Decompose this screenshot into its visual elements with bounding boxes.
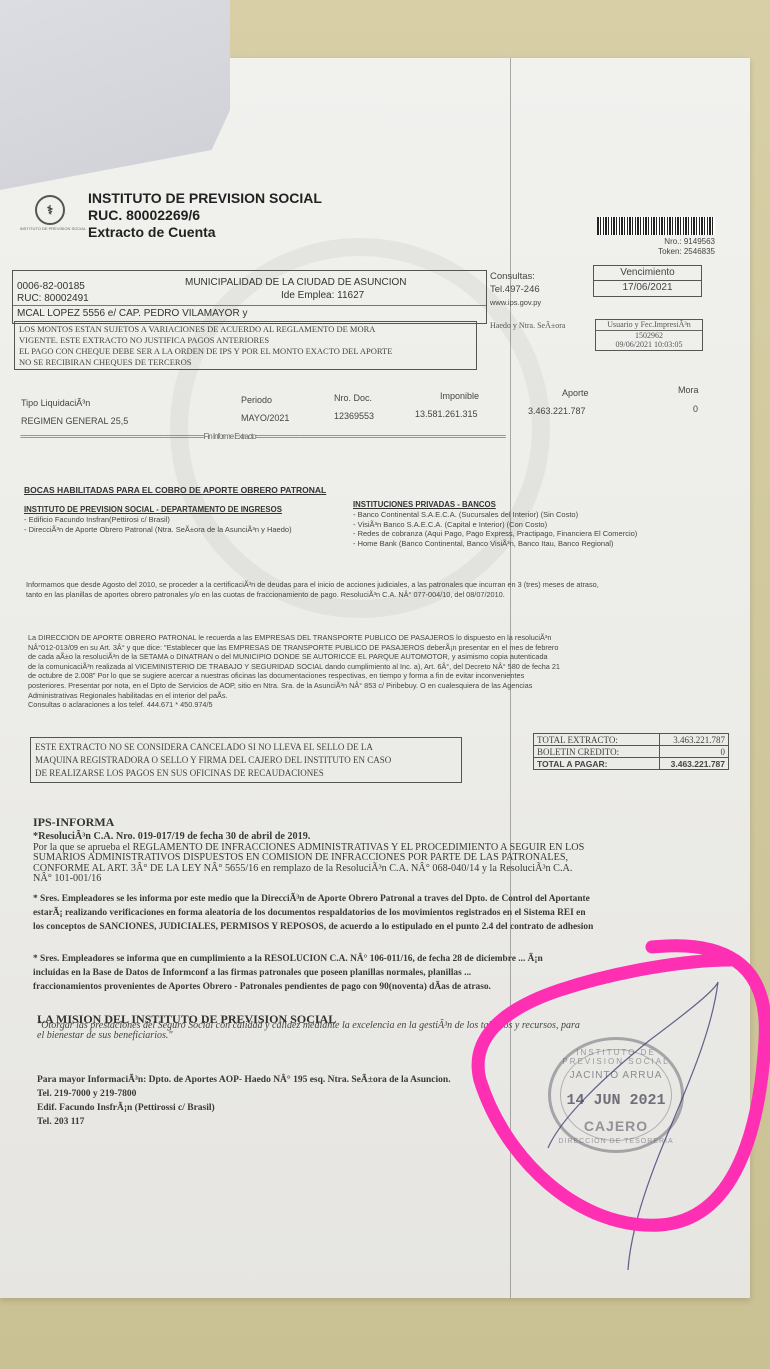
bank-item: - Banco Continental S.A.E.C.A. (Sucursal… (353, 510, 637, 520)
logo-caption: INSTITUTO DE PREVISION SOCIAL (18, 226, 88, 231)
employer-code: 0006-82-00185 (17, 281, 85, 292)
notice-line: MAQUINA REGISTRADORA O SELLO Y FIRMA DEL… (35, 754, 457, 767)
notice-line: de cada aÃ±o la resoluciÃ³n de la SETAMA… (28, 652, 728, 662)
col-header-periodo: Periodo (241, 395, 272, 405)
notice-line: de octubre de 2.008" Por lo que se sugie… (28, 671, 728, 681)
end-of-report-label: Fin Informe Extracto (204, 432, 256, 441)
bank-item: - Redes de cobranza (Aqui Pago, Pago Exp… (353, 529, 637, 539)
consultas-block: Consultas: Tel.497-246 www.ips.gov.py (490, 270, 541, 309)
resolucion-line: NÂ° 101-001/16 (33, 874, 733, 885)
notice-line: Consultas o aclaraciones a los telef. 44… (28, 700, 728, 710)
employer-address: MCAL LOPEZ 5556 e/ CAP. PEDRO VILAMAYOR … (17, 308, 247, 319)
notice-line: ESTE EXTRACTO NO SE CONSIDERA CANCELADO … (35, 741, 457, 754)
consultas-website: www.ips.gov.py (490, 296, 541, 309)
document-header: INSTITUTO DE PREVISION SOCIAL RUC. 80002… (88, 190, 322, 241)
ips-locations: - Edificio Facundo Insfran(Pettirosi c/ … (24, 515, 292, 534)
total-value: 3.463.221.787 (660, 758, 729, 770)
bank-item: - VisiÃ³n Banco S.A.E.C.A. (Capital e In… (353, 520, 637, 530)
resolucion-block: *ResoluciÃ³n C.A. Nro. 019-017/19 de fec… (33, 832, 733, 885)
institution-ruc: RUC. 80002269/6 (88, 207, 322, 224)
col-header-mora: Mora (678, 385, 699, 395)
contact-info: Para mayor InformaciÃ³n: Dpto. de Aporte… (37, 1073, 451, 1129)
notice-line: posteriores. Presentar por nota, en el D… (28, 681, 728, 691)
document-type: Extracto de Cuenta (88, 224, 322, 241)
paper-fold-line (510, 58, 511, 1298)
print-user-id: 1502962 (596, 331, 702, 341)
col-header-imponible: Imponible (440, 391, 479, 401)
bank-item: - Home Bank (Banco Continental, Banco Vi… (353, 539, 637, 549)
cell-aporte: 3.463.221.787 (528, 406, 586, 416)
resolucion-line: CONFORME AL ART. 3Â° DE LA LEY NÂ° 5655/… (33, 864, 733, 875)
cashier-stamp: INSTITUTO DE PREVISION SOCIAL JACINTO AR… (548, 1037, 684, 1153)
cancellation-notice-box: ESTE EXTRACTO NO SE CONSIDERA CANCELADO … (30, 737, 462, 783)
cell-imponible: 13.581.261.315 (415, 409, 478, 419)
notice-line: NO SE RECIBIRAN CHEQUES DE TERCEROS (19, 357, 472, 368)
document-token: Token: 2546835 (620, 247, 715, 257)
total-row: TOTAL A PAGAR:3.463.221.787 (534, 758, 729, 770)
stamp-bottom-text: DIRECCION DE TESORERIA (551, 1138, 681, 1145)
due-date-box: Vencimiento 17/06/2021 (593, 265, 702, 297)
total-label: BOLETIN CREDITO: (534, 746, 660, 758)
employer-ruc: RUC: 80002491 (17, 293, 89, 304)
cell-nro-doc: 12369553 (334, 411, 374, 421)
consultas-label: Consultas: (490, 270, 541, 283)
employer-box: 0006-82-00185 MUNICIPALIDAD DE LA CIUDAD… (12, 270, 487, 324)
col-header-tipo: Tipo LiquidaciÃ³n (21, 398, 90, 408)
ips-informa-title: IPS-INFORMA (33, 815, 114, 830)
total-value: 0 (660, 746, 729, 758)
notice-line: estarÃ¡ realizando verificaciones en for… (33, 906, 733, 920)
print-info-label: Usuario y Fec.ImpresiÃ³n (596, 320, 702, 331)
bocas-title: BOCAS HABILITADAS PARA EL COBRO DE APORT… (24, 485, 326, 495)
total-row: TOTAL EXTRACTO:3.463.221.787 (534, 734, 729, 746)
stamp-name: JACINTO ARRUA (551, 1070, 681, 1081)
notice-line: NÂ°012-013/09 en su Art. 3Â° y que dice:… (28, 643, 728, 653)
employer-id: Ide Emplea: 11627 (281, 290, 364, 301)
ips-dept-title: INSTITUTO DE PREVISION SOCIAL - DEPARTAM… (24, 505, 282, 514)
cell-tipo: REGIMEN GENERAL 25,5 (21, 416, 128, 426)
due-date-value: 17/06/2021 (594, 280, 701, 295)
total-value: 3.463.221.787 (660, 734, 729, 746)
due-date-label: Vencimiento (594, 266, 701, 280)
verification-notice: * Sres. Empleadores se les informa por e… (33, 892, 733, 934)
office-address: Haedo y Ntra. SeÃ±ora (490, 321, 565, 330)
document-number: Nro.: 9149563 (620, 237, 715, 247)
notice-line: de la comunicaciÃ³n realizada al VICEMIN… (28, 662, 728, 672)
stamp-date: 14 JUN 2021 (551, 1092, 681, 1109)
notice-line: Informamos que desde Agosto del 2010, se… (26, 580, 731, 590)
notice-line: VIGENTE. ESTE EXTRACTO NO JUSTIFICA PAGO… (19, 335, 472, 346)
institution-name: INSTITUTO DE PREVISION SOCIAL (88, 190, 322, 207)
print-info-box: Usuario y Fec.ImpresiÃ³n 1502962 09/06/2… (595, 319, 703, 351)
col-header-aporte: Aporte (562, 388, 589, 398)
transport-companies-notice: La DIRECCION DE APORTE OBRERO PATRONAL l… (28, 633, 728, 710)
contact-line: Para mayor InformaciÃ³n: Dpto. de Aporte… (37, 1073, 451, 1087)
notice-line: * Sres. Empleadores se informa que en cu… (33, 952, 733, 966)
print-datetime: 09/06/2021 10:03:05 (596, 340, 702, 350)
notice-line: tanto en las planillas de aportes obrero… (26, 590, 731, 600)
amount-notice-box: LOS MONTOS ESTAN SUJETOS A VARIACIONES D… (14, 321, 477, 370)
total-label: TOTAL EXTRACTO: (534, 734, 660, 746)
stamp-role: CAJERO (551, 1118, 681, 1134)
notice-line: incluidas en la Base de Datos de Informc… (33, 966, 733, 980)
bank-list: - Banco Continental S.A.E.C.A. (Sucursal… (353, 510, 637, 548)
consultas-phone: Tel.497-246 (490, 283, 541, 296)
contact-line: Tel. 219-7000 y 219-7800 (37, 1087, 451, 1101)
contact-line: Tel. 203 117 (37, 1115, 451, 1129)
resolucion-title: *ResoluciÃ³n C.A. Nro. 019-017/19 de fec… (33, 832, 733, 843)
banks-title: INSTITUCIONES PRIVADAS - BANCOS (353, 500, 496, 509)
notice-line: La DIRECCION DE APORTE OBRERO PATRONAL l… (28, 633, 728, 643)
employer-name: MUNICIPALIDAD DE LA CIUDAD DE ASUNCION (185, 277, 407, 288)
notice-line: * Sres. Empleadores se les informa por e… (33, 892, 733, 906)
notice-line: fraccionamientos provenientes de Aportes… (33, 980, 733, 994)
cell-periodo: MAYO/2021 (241, 413, 289, 423)
col-header-nro-doc: Nro. Doc. (334, 393, 372, 403)
contact-line: Edif. Facundo InsfrÃ¡n (Pettirossi c/ Br… (37, 1101, 451, 1115)
total-row: BOLETIN CREDITO:0 (534, 746, 729, 758)
informconf-notice: * Sres. Empleadores se informa que en cu… (33, 952, 733, 994)
cell-mora: 0 (693, 404, 698, 414)
location-item: - Edificio Facundo Insfran(Pettirosi c/ … (24, 515, 292, 525)
notice-line: LOS MONTOS ESTAN SUJETOS A VARIACIONES D… (19, 324, 472, 335)
legal-action-notice: Informamos que desde Agosto del 2010, se… (26, 580, 731, 599)
totals-table: TOTAL EXTRACTO:3.463.221.787 BOLETIN CRE… (533, 733, 729, 770)
divider (13, 305, 486, 306)
ips-logo-icon: ⚕ (35, 195, 65, 225)
location-item: - DirecciÃ³n de Aporte Obrero Patronal (… (24, 525, 292, 535)
notice-line: Administrativas Regionales habilitadas e… (28, 691, 728, 701)
notice-line: EL PAGO CON CHEQUE DEBE SER A LA ORDEN D… (19, 346, 472, 357)
total-label: TOTAL A PAGAR: (534, 758, 660, 770)
document-number-block: Nro.: 9149563 Token: 2546835 (620, 237, 715, 257)
resolucion-line: SUMARIOS ADMINISTRATIVOS DISPUESTOS EN C… (33, 853, 733, 864)
notice-line: los conceptos de SANCIONES, JUDICIALES, … (33, 920, 733, 934)
notice-line: DE REALIZARSE LOS PAGOS EN SUS OFICINAS … (35, 767, 457, 780)
stamp-top-text: INSTITUTO DE PREVISION SOCIAL (551, 1048, 681, 1066)
barcode-icon (597, 217, 715, 235)
end-of-report-divider: ========================================… (20, 432, 715, 441)
